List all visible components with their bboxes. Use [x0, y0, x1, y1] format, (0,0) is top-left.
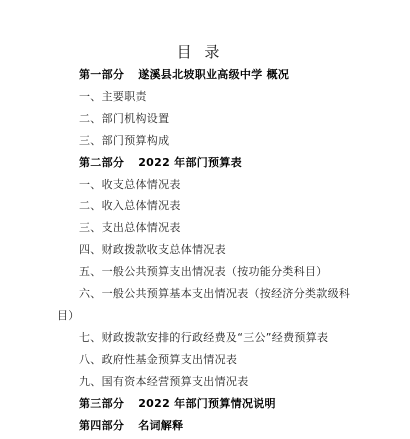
toc-part-2-heading[interactable]: 第二部分2022 年部门预算表: [57, 152, 357, 174]
toc-item[interactable]: 二、收入总体情况表: [57, 195, 357, 217]
toc-item[interactable]: 四、财政拨款收支总体情况表: [57, 239, 357, 261]
toc-item[interactable]: 一、收支总体情况表: [57, 174, 357, 196]
toc-part-4-heading[interactable]: 第四部分名词解释: [57, 415, 357, 437]
part-title: 遂溪县北坡职业高级中学 概况: [138, 68, 289, 81]
part-label: 第四部分: [79, 419, 124, 432]
table-of-contents: 第一部分遂溪县北坡职业高级中学 概况 一、主要职责 二、部门机构设置 三、部门预…: [57, 64, 357, 436]
part-title: 2022 年部门预算情况说明: [138, 397, 276, 410]
toc-item[interactable]: 五、一般公共预算支出情况表（按功能分类科目）: [57, 261, 357, 283]
toc-item[interactable]: 九、国有资本经营预算支出情况表: [57, 371, 357, 393]
toc-item[interactable]: 七、财政拨款安排的行政经费及“三公”经费预算表: [57, 327, 357, 349]
toc-item[interactable]: 六、一般公共预算基本支出情况表（按经济分类款级科目）: [57, 283, 357, 327]
part-title: 名词解释: [138, 419, 183, 432]
toc-title: 目 录: [0, 42, 400, 62]
toc-part-1-heading[interactable]: 第一部分遂溪县北坡职业高级中学 概况: [57, 64, 357, 86]
toc-item[interactable]: 二、部门机构设置: [57, 108, 357, 130]
toc-item[interactable]: 三、支出总体情况表: [57, 217, 357, 239]
document-page: 目 录 第一部分遂溪县北坡职业高级中学 概况 一、主要职责 二、部门机构设置 三…: [0, 0, 410, 439]
part-label: 第一部分: [79, 68, 124, 81]
part-title: 2022 年部门预算表: [138, 156, 242, 169]
toc-item[interactable]: 三、部门预算构成: [57, 130, 357, 152]
part-label: 第二部分: [79, 156, 124, 169]
toc-item[interactable]: 八、政府性基金预算支出情况表: [57, 349, 357, 371]
toc-item[interactable]: 一、主要职责: [57, 86, 357, 108]
part-label: 第三部分: [79, 397, 124, 410]
toc-part-3-heading[interactable]: 第三部分2022 年部门预算情况说明: [57, 393, 357, 415]
